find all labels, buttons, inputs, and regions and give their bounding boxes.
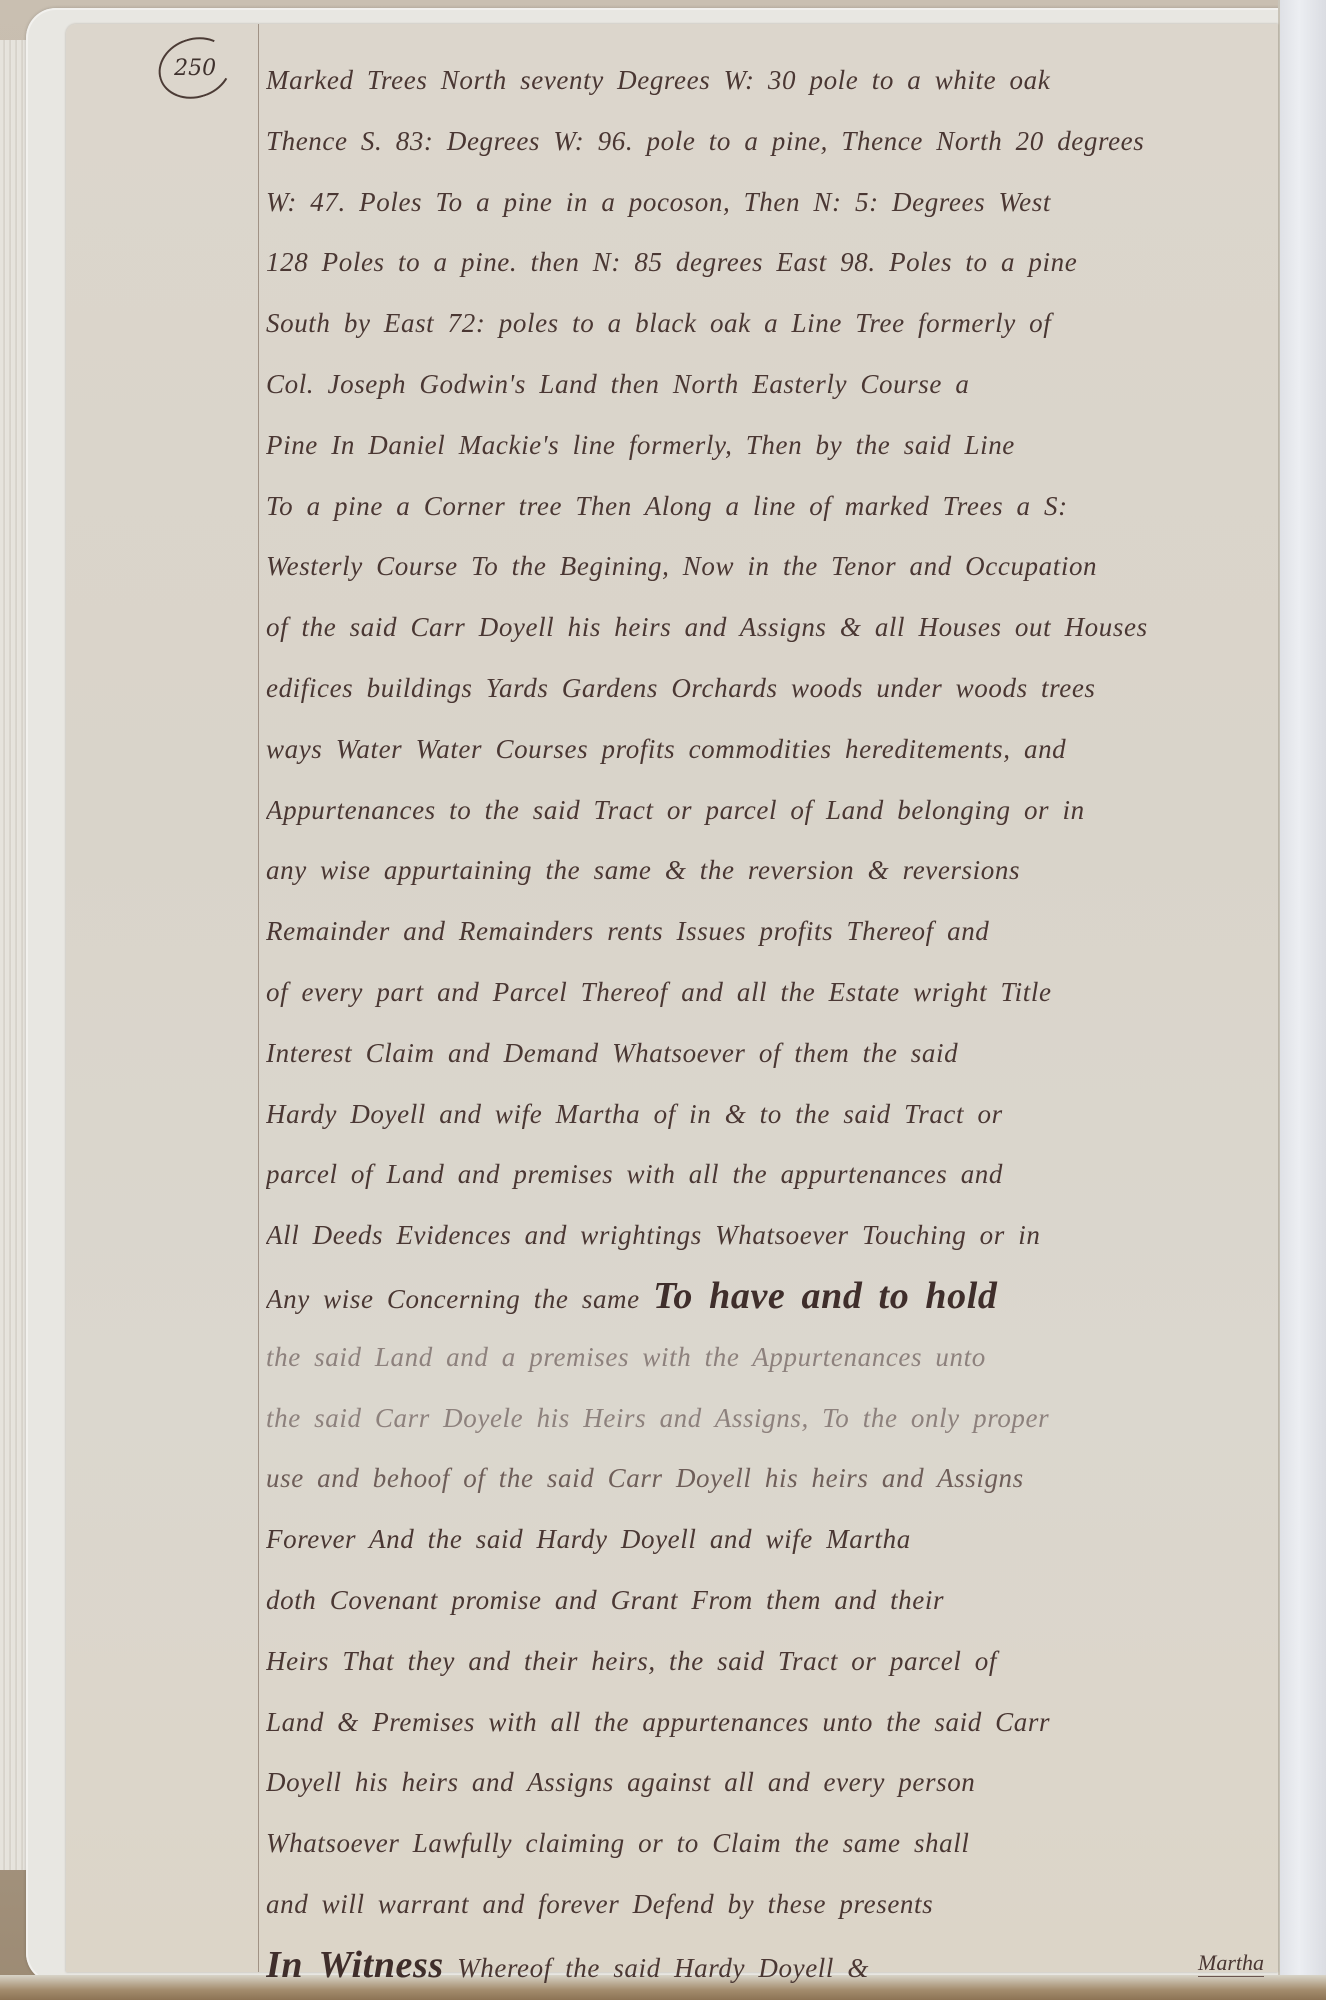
text-line: parcel of Land and premises with all the… <box>266 1144 1271 1205</box>
text-line: and will warrant and forever Defend by t… <box>266 1874 1271 1935</box>
text-line: Pine In Daniel Mackie's line formerly, T… <box>266 415 1271 476</box>
sleeve-right-edge <box>1278 0 1326 1975</box>
text-line-habendum: Any wise Concerning the same To have and… <box>266 1266 1271 1327</box>
text-line: Col. Joseph Godwin's Land then North Eas… <box>266 354 1271 415</box>
text-line: use and behoof of the said Carr Doyell h… <box>266 1448 1271 1509</box>
text-line: 128 Poles to a pine. then N: 85 degrees … <box>266 232 1271 293</box>
text-line: the said Carr Doyele his Heirs and Assig… <box>266 1388 1271 1449</box>
deed-text: Marked Trees North seventy Degrees W: 30… <box>266 50 1271 1996</box>
text-segment: Any wise Concerning the same <box>266 1284 640 1314</box>
margin-rule <box>258 24 259 1972</box>
text-segment: Whereof the said Hardy Doyell & <box>457 1953 869 1983</box>
testimonium-heading: In Witness <box>266 1944 444 1986</box>
text-line: Thence S. 83: Degrees W: 96. pole to a p… <box>266 111 1271 172</box>
text-line-testimonium: In Witness Whereof the said Hardy Doyell… <box>266 1935 1271 1996</box>
stacked-page-edges <box>0 40 28 1870</box>
text-line: Westerly Course To the Begining, Now in … <box>266 536 1271 597</box>
text-line: Marked Trees North seventy Degrees W: 30… <box>266 50 1271 111</box>
text-line: Forever And the said Hardy Doyell and wi… <box>266 1509 1271 1570</box>
text-line: Doyell his heirs and Assigns against all… <box>266 1752 1271 1813</box>
text-line: edifices buildings Yards Gardens Orchard… <box>266 658 1271 719</box>
text-line: the said Land and a premises with the Ap… <box>266 1327 1271 1388</box>
catchword-martha: Martha <box>1198 1950 1264 1977</box>
text-line: Hardy Doyell and wife Martha of in & to … <box>266 1084 1271 1145</box>
habendum-heading: To have and to hold <box>653 1275 997 1317</box>
text-line: South by East 72: poles to a black oak a… <box>266 293 1271 354</box>
text-line: ways Water Water Courses profits commodi… <box>266 719 1271 780</box>
text-line: Interest Claim and Demand Whatsoever of … <box>266 1023 1271 1084</box>
page-number-circle: 250 <box>151 28 240 108</box>
text-line: W: 47. Poles To a pine in a pocoson, The… <box>266 172 1271 233</box>
text-line: Appurtenances to the said Tract or parce… <box>266 780 1271 841</box>
text-line: Remainder and Remainders rents Issues pr… <box>266 901 1271 962</box>
text-line: To a pine a Corner tree Then Along a lin… <box>266 476 1271 537</box>
text-line: Land & Premises with all the appurtenanc… <box>266 1692 1271 1753</box>
ledger-page: 250 Marked Trees North seventy Degrees W… <box>66 24 1278 1972</box>
text-line: All Deeds Evidences and wrightings Whats… <box>266 1205 1271 1266</box>
text-line: of the said Carr Doyell his heirs and As… <box>266 597 1271 658</box>
text-line: Whatsoever Lawfully claiming or to Claim… <box>266 1813 1271 1874</box>
text-line: Heirs That they and their heirs, the sai… <box>266 1631 1271 1692</box>
text-line: any wise appurtaining the same & the rev… <box>266 840 1271 901</box>
page-number: 250 <box>174 56 216 81</box>
text-line: of every part and Parcel Thereof and all… <box>266 962 1271 1023</box>
text-line: doth Covenant promise and Grant From the… <box>266 1570 1271 1631</box>
